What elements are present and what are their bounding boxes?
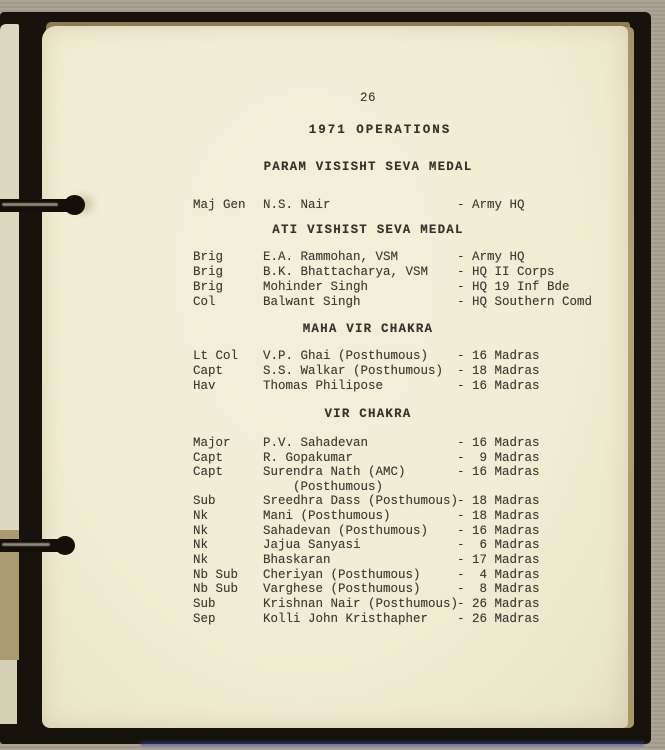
scan-light-artifact	[140, 741, 645, 746]
award-name: Kolli John Kristhapher	[263, 612, 457, 627]
award-row: SepKolli John Kristhapher- 26 Madras	[193, 612, 623, 627]
award-rank: Maj Gen	[193, 198, 263, 213]
award-row: Nb SubCheriyan (Posthumous)- 4 Madras	[193, 568, 623, 583]
section-heading-vir-chakra: VIR CHAKRA	[193, 407, 543, 422]
award-name: Sahadevan (Posthumous)	[263, 524, 457, 539]
cord-highlight	[2, 543, 50, 546]
award-name: E.A. Rammohan, VSM	[263, 250, 457, 265]
award-unit: - Army HQ	[457, 198, 623, 213]
photo-scene: 26 1971 OPERATIONS PARAM VISISHT SEVA ME…	[0, 0, 665, 750]
award-unit: - 6 Madras	[457, 538, 623, 553]
award-rank: Lt Col	[193, 349, 263, 364]
award-unit: - Army HQ	[457, 250, 623, 265]
award-unit: - 18 Madras	[457, 494, 623, 509]
award-unit: - 8 Madras	[457, 582, 623, 597]
award-row: CaptR. Gopakumar- 9 Madras	[193, 451, 623, 466]
cord-knot	[64, 195, 85, 215]
left-page-edge-upper	[0, 24, 19, 530]
award-rank: Brig	[193, 280, 263, 295]
award-unit	[457, 480, 623, 495]
award-unit: - 9 Madras	[457, 451, 623, 466]
page-title: 1971 OPERATIONS	[205, 123, 555, 138]
award-row: Nb SubVarghese (Posthumous)- 8 Madras	[193, 582, 623, 597]
award-rank: Nk	[193, 538, 263, 553]
cord-knot	[55, 536, 75, 555]
award-unit: - 16 Madras	[457, 465, 623, 480]
award-name: S.S. Walkar (Posthumous)	[263, 364, 457, 379]
award-unit: - 18 Madras	[457, 364, 623, 379]
award-name: N.S. Nair	[263, 198, 457, 213]
award-rank: Sub	[193, 494, 263, 509]
award-row: NkJajua Sanyasi- 6 Madras	[193, 538, 623, 553]
award-unit: - 16 Madras	[457, 524, 623, 539]
award-unit: - HQ II Corps	[457, 265, 623, 280]
award-name: Surendra Nath (AMC)	[263, 465, 457, 480]
award-row: NkMani (Posthumous)- 18 Madras	[193, 509, 623, 524]
award-unit: - 26 Madras	[457, 612, 623, 627]
award-name: V.P. Ghai (Posthumous)	[263, 349, 457, 364]
award-name: Mohinder Singh	[263, 280, 457, 295]
award-name: Thomas Philipose	[263, 379, 457, 394]
award-rank: Nk	[193, 553, 263, 568]
award-rank: Sub	[193, 597, 263, 612]
award-rank: Nk	[193, 524, 263, 539]
award-unit: - 17 Madras	[457, 553, 623, 568]
award-unit: - 4 Madras	[457, 568, 623, 583]
section-heading-ati-vishist-seva-medal: ATI VISHIST SEVA MEDAL	[193, 223, 543, 238]
page-number: 26	[193, 91, 543, 106]
award-name: R. Gopakumar	[263, 451, 457, 466]
award-rank: Capt	[193, 451, 263, 466]
award-row: Lt ColV.P. Ghai (Posthumous)- 16 Madras	[193, 349, 623, 364]
award-rank: Sep	[193, 612, 263, 627]
award-rank: Capt	[193, 364, 263, 379]
award-unit: - 18 Madras	[457, 509, 623, 524]
award-row: HavThomas Philipose- 16 Madras	[193, 379, 623, 394]
section-heading-param-visisht-seva-medal: PARAM VISISHT SEVA MEDAL	[193, 160, 543, 175]
award-unit: - 16 Madras	[457, 379, 623, 394]
award-rank: Capt	[193, 465, 263, 480]
award-name: Cheriyan (Posthumous)	[263, 568, 457, 583]
award-name: P.V. Sahadevan	[263, 436, 457, 451]
award-unit: - HQ 19 Inf Bde	[457, 280, 623, 295]
award-row: NkBhaskaran- 17 Madras	[193, 553, 623, 568]
award-name: Bhaskaran	[263, 553, 457, 568]
award-rank: Brig	[193, 250, 263, 265]
award-name: Mani (Posthumous)	[263, 509, 457, 524]
award-name: Balwant Singh	[263, 295, 457, 310]
award-name: Varghese (Posthumous)	[263, 582, 457, 597]
award-rank	[193, 480, 263, 495]
award-row: SubKrishnan Nair (Posthumous)- 26 Madras	[193, 597, 623, 612]
document-page: 26 1971 OPERATIONS PARAM VISISHT SEVA ME…	[42, 26, 628, 728]
award-row: NkSahadevan (Posthumous)- 16 Madras	[193, 524, 623, 539]
award-unit: - 16 Madras	[457, 436, 623, 451]
award-rank: Nb Sub	[193, 582, 263, 597]
award-row: MajorP.V. Sahadevan- 16 Madras	[193, 436, 623, 451]
award-row: CaptSurendra Nath (AMC)- 16 Madras	[193, 465, 623, 480]
award-rank: Nk	[193, 509, 263, 524]
cord-highlight	[2, 203, 58, 206]
left-page-edge-lower	[0, 660, 17, 724]
award-rank: Nb Sub	[193, 568, 263, 583]
section-heading-maha-vir-chakra: MAHA VIR CHAKRA	[193, 322, 543, 337]
award-row: Maj GenN.S. Nair- Army HQ	[193, 198, 623, 213]
award-row: ColBalwant Singh- HQ Southern Comd	[193, 295, 623, 310]
award-row: BrigMohinder Singh- HQ 19 Inf Bde	[193, 280, 623, 295]
award-row: BrigE.A. Rammohan, VSM- Army HQ	[193, 250, 623, 265]
award-rank: Hav	[193, 379, 263, 394]
award-row: SubSreedhra Dass (Posthumous)- 18 Madras	[193, 494, 623, 509]
award-row: CaptS.S. Walkar (Posthumous)- 18 Madras	[193, 364, 623, 379]
award-unit: - 16 Madras	[457, 349, 623, 364]
award-name: B.K. Bhattacharya, VSM	[263, 265, 457, 280]
award-name: (Posthumous)	[263, 480, 457, 495]
award-rank: Col	[193, 295, 263, 310]
award-unit: - HQ Southern Comd	[457, 295, 623, 310]
award-unit: - 26 Madras	[457, 597, 623, 612]
award-name: Jajua Sanyasi	[263, 538, 457, 553]
award-rank: Major	[193, 436, 263, 451]
award-row-continuation: (Posthumous)	[193, 480, 623, 495]
award-name: Sreedhra Dass (Posthumous)	[263, 494, 457, 509]
award-row: BrigB.K. Bhattacharya, VSM- HQ II Corps	[193, 265, 623, 280]
award-rank: Brig	[193, 265, 263, 280]
award-name: Krishnan Nair (Posthumous)	[263, 597, 457, 612]
